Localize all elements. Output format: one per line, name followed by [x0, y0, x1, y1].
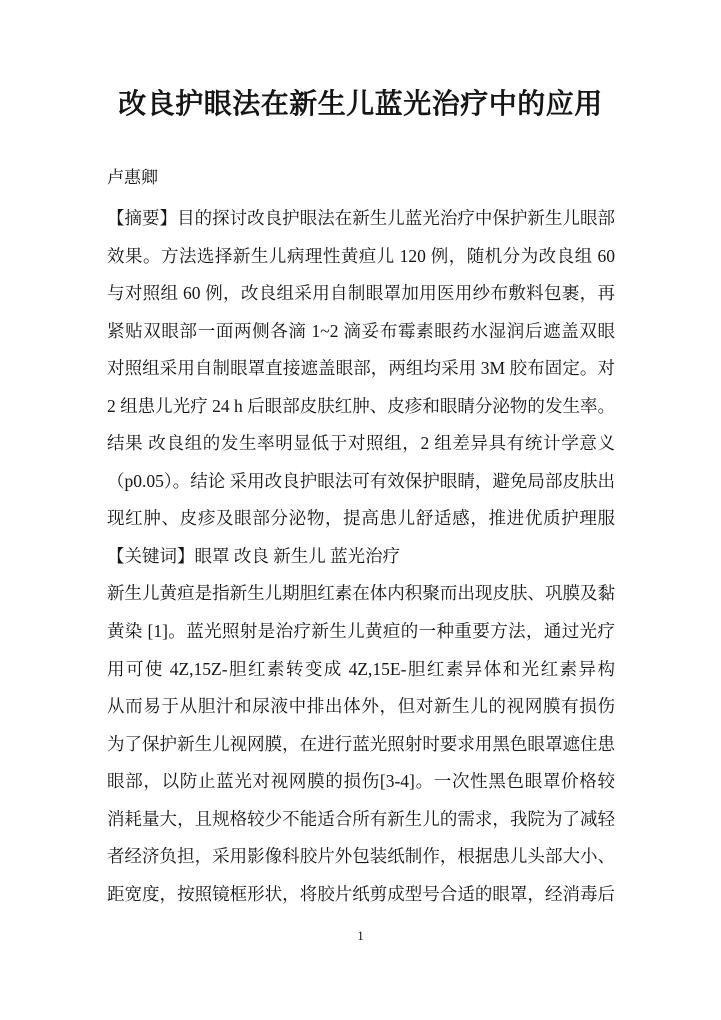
body-text-line: 眼部，以防止蓝光对视网膜的损伤[3-4]。一次性黑色眼罩价格较贵， [107, 763, 615, 801]
body-text-line: 从而易于从胆汁和尿液中排出体外，但对新生儿的视网膜有损伤[2]， [107, 688, 615, 726]
abstract-line: 现红肿、皮疹及眼部分泌物，提高患儿舒适感，推进优质护理服务。 [107, 500, 615, 538]
abstract-line: 对照组采用自制眼罩直接遮盖眼部，两组均采用 3M 胶布固定。对比 [107, 350, 615, 388]
body-text-line: 新生儿黄疸是指新生儿期胆红素在体内积聚而出现皮肤、巩膜及黏膜 [107, 575, 615, 613]
body-text-line: 消耗量大，且规格较少不能适合所有新生儿的需求，我院为了减轻患 [107, 801, 615, 839]
body-text-line: 者经济负担，采用影像科胶片外包装纸制作，根据患儿头部大小、眼 [107, 838, 615, 876]
page-number: 1 [0, 928, 721, 944]
document-page: 改良护眼法在新生儿蓝光治疗中的应用 卢惠卿 【摘要】目的探讨改良护眼法在新生儿蓝… [0, 0, 721, 1020]
abstract-line: 结果 改良组的发生率明显低于对照组，2 组差异具有统计学意义 [107, 425, 615, 463]
body-text-line: 距宽度，按照镜框形状，将胶片纸剪成型号合适的眼罩，经消毒后使 [107, 876, 615, 914]
abstract-line: 与对照组 60 例，改良组采用自制眼罩加用医用纱布敷料包裹，再在 [107, 275, 615, 313]
abstract-line: 紧贴双眼部一面两侧各滴 1~2 滴妥布霉素眼药水湿润后遮盖双眼部， [107, 313, 615, 351]
abstract-line: 2 组患儿光疗 24 h 后眼部皮肤红肿、皮疹和眼睛分泌物的发生率。 [107, 388, 615, 426]
author-name: 卢惠卿 [107, 167, 158, 189]
keywords-line: 【关键词】眼罩 改良 新生儿 蓝光治疗 [107, 538, 615, 576]
body-text-line: 用可使 4Z,15Z-胆红素转变成 4Z,15E-胆红素异体和光红素异构体， [107, 651, 615, 689]
document-body: 【摘要】目的探讨改良护眼法在新生儿蓝光治疗中保护新生儿眼部的 效果。方法选择新生… [107, 200, 615, 913]
abstract-line: 效果。方法选择新生儿病理性黄疸儿 120 例，随机分为改良组 60 例 [107, 238, 615, 276]
page-title: 改良护眼法在新生儿蓝光治疗中的应用 [0, 87, 721, 123]
abstract-line: 【摘要】目的探讨改良护眼法在新生儿蓝光治疗中保护新生儿眼部的 [107, 200, 615, 238]
body-text-line: 黄染 [1]。蓝光照射是治疗新生儿黄疸的一种重要方法，通过光疗作 [107, 613, 615, 651]
body-text-line: 为了保护新生儿视网膜，在进行蓝光照射时要求用黑色眼罩遮住患儿 [107, 726, 615, 764]
abstract-line: （p0.05）。结论 采用改良护眼法可有效保护眼睛，避免局部皮肤出 [107, 463, 615, 501]
